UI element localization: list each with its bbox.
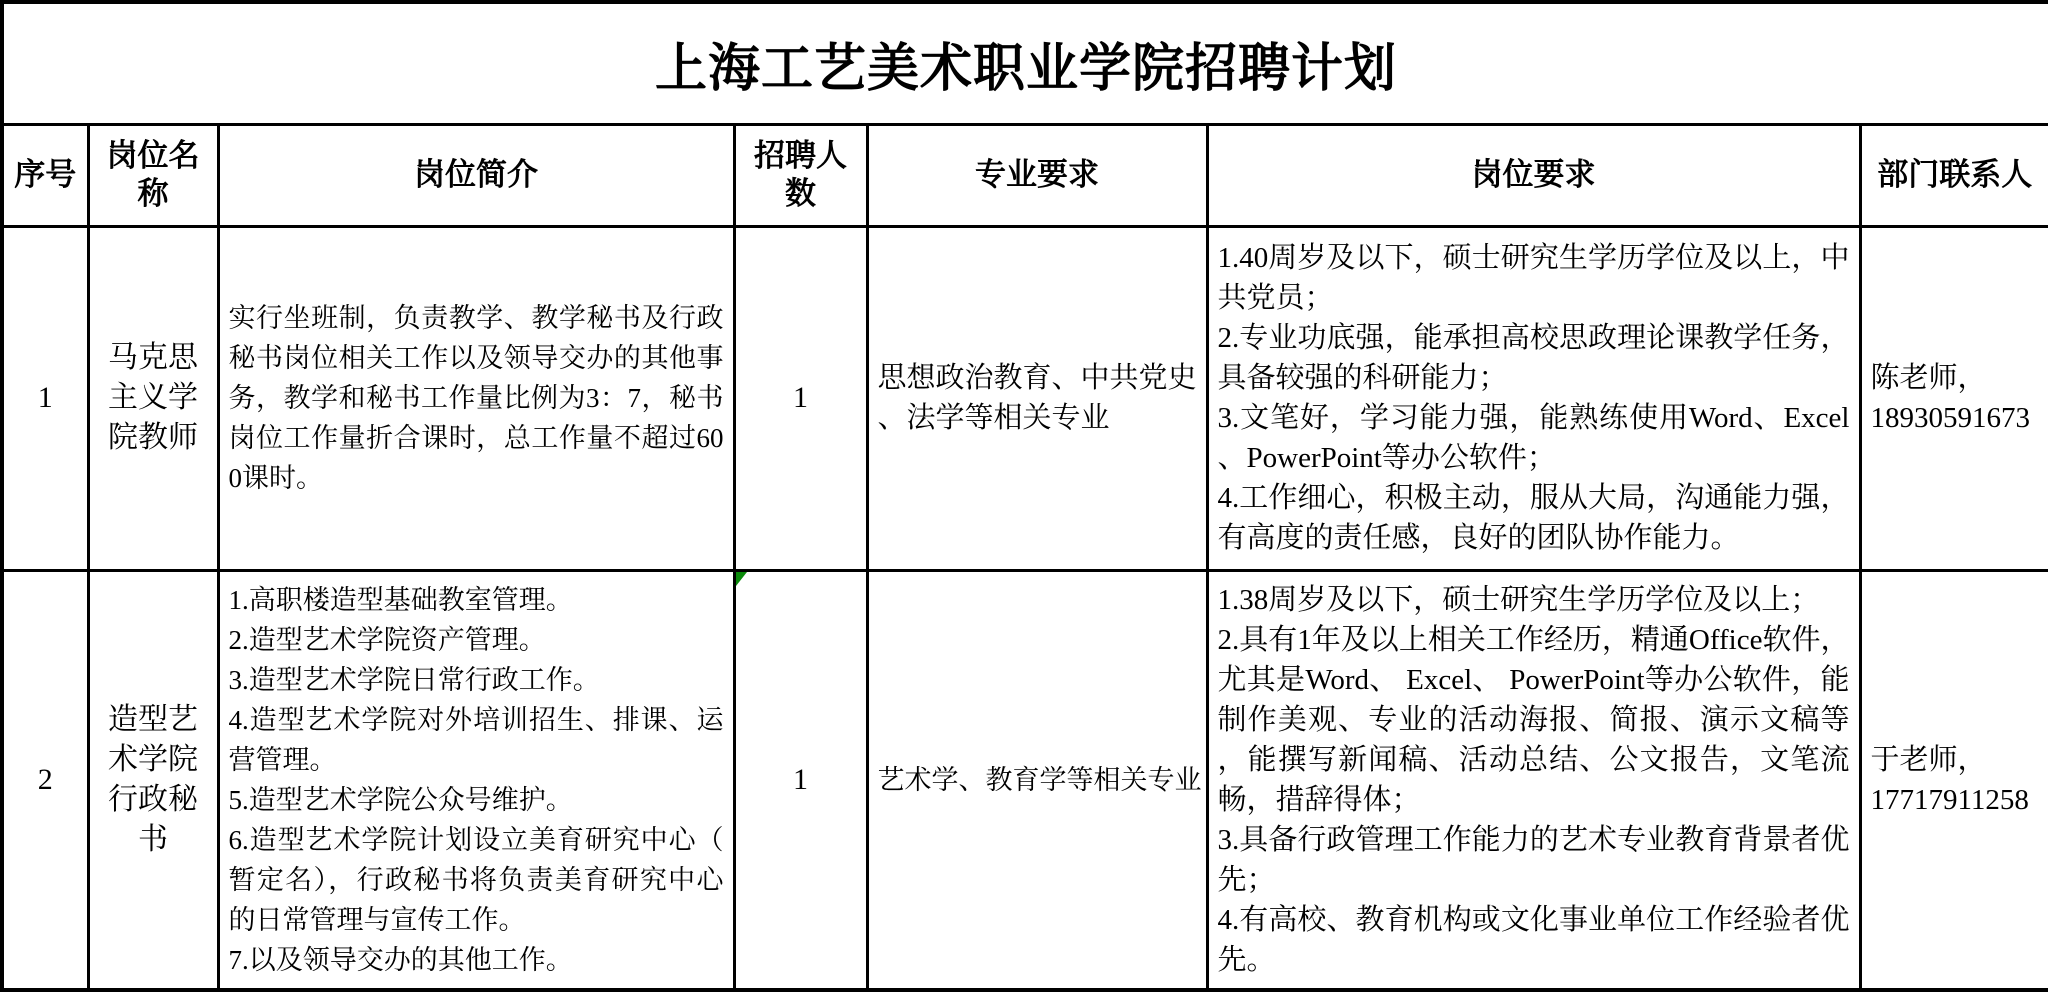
cell-headcount: 1	[734, 571, 867, 990]
title-row: 上海工艺美术职业学院招聘计划	[2, 2, 2048, 124]
cell-error-indicator-icon	[736, 572, 747, 586]
recruitment-table: 上海工艺美术职业学院招聘计划 序号 岗位名称 岗位简介 招聘人数 专业要求 岗位…	[0, 0, 2048, 992]
col-header-headcount: 招聘人数	[734, 124, 867, 226]
cell-major-requirement: 艺术学、教育学等相关专业	[867, 571, 1207, 990]
cell-seq: 2	[2, 571, 88, 990]
cell-headcount: 1	[734, 226, 867, 570]
col-header-position-name: 岗位名称	[88, 124, 218, 226]
table-header-row: 序号 岗位名称 岗位简介 招聘人数 专业要求 岗位要求 部门联系人	[2, 124, 2048, 226]
cell-major-requirement: 思想政治教育、中共党史、法学等相关专业	[867, 226, 1207, 570]
cell-position-intro: 实行坐班制，负责教学、教学秘书及行政秘书岗位相关工作以及领导交办的其他事务，教学…	[218, 226, 734, 570]
col-header-major-requirement: 专业要求	[867, 124, 1207, 226]
cell-position-intro: 1.高职楼造型基础教室管理。 2.造型艺术学院资产管理。 3.造型艺术学院日常行…	[218, 571, 734, 990]
table-row: 2 造型艺术学院行政秘书 1.高职楼造型基础教室管理。 2.造型艺术学院资产管理…	[2, 571, 2048, 990]
cell-position-name: 马克思主义学院教师	[88, 226, 218, 570]
cell-position-name: 造型艺术学院行政秘书	[88, 571, 218, 990]
col-header-position-intro: 岗位简介	[218, 124, 734, 226]
col-header-department-contact: 部门联系人	[1860, 124, 2048, 226]
cell-department-contact: 陈老师， 18930591673	[1860, 226, 2048, 570]
cell-headcount-value: 1	[793, 763, 808, 796]
cell-seq: 1	[2, 226, 88, 570]
col-header-seq: 序号	[2, 124, 88, 226]
table-row: 1 马克思主义学院教师 实行坐班制，负责教学、教学秘书及行政秘书岗位相关工作以及…	[2, 226, 2048, 570]
col-header-position-requirement: 岗位要求	[1207, 124, 1860, 226]
page-title: 上海工艺美术职业学院招聘计划	[2, 2, 2048, 124]
cell-position-requirement: 1.40周岁及以下，硕士研究生学历学位及以上，中共党员； 2.专业功底强，能承担…	[1207, 226, 1860, 570]
cell-position-requirement: 1.38周岁及以下，硕士研究生学历学位及以上； 2.具有1年及以上相关工作经历，…	[1207, 571, 1860, 990]
cell-department-contact: 于老师， 17717911258	[1860, 571, 2048, 990]
